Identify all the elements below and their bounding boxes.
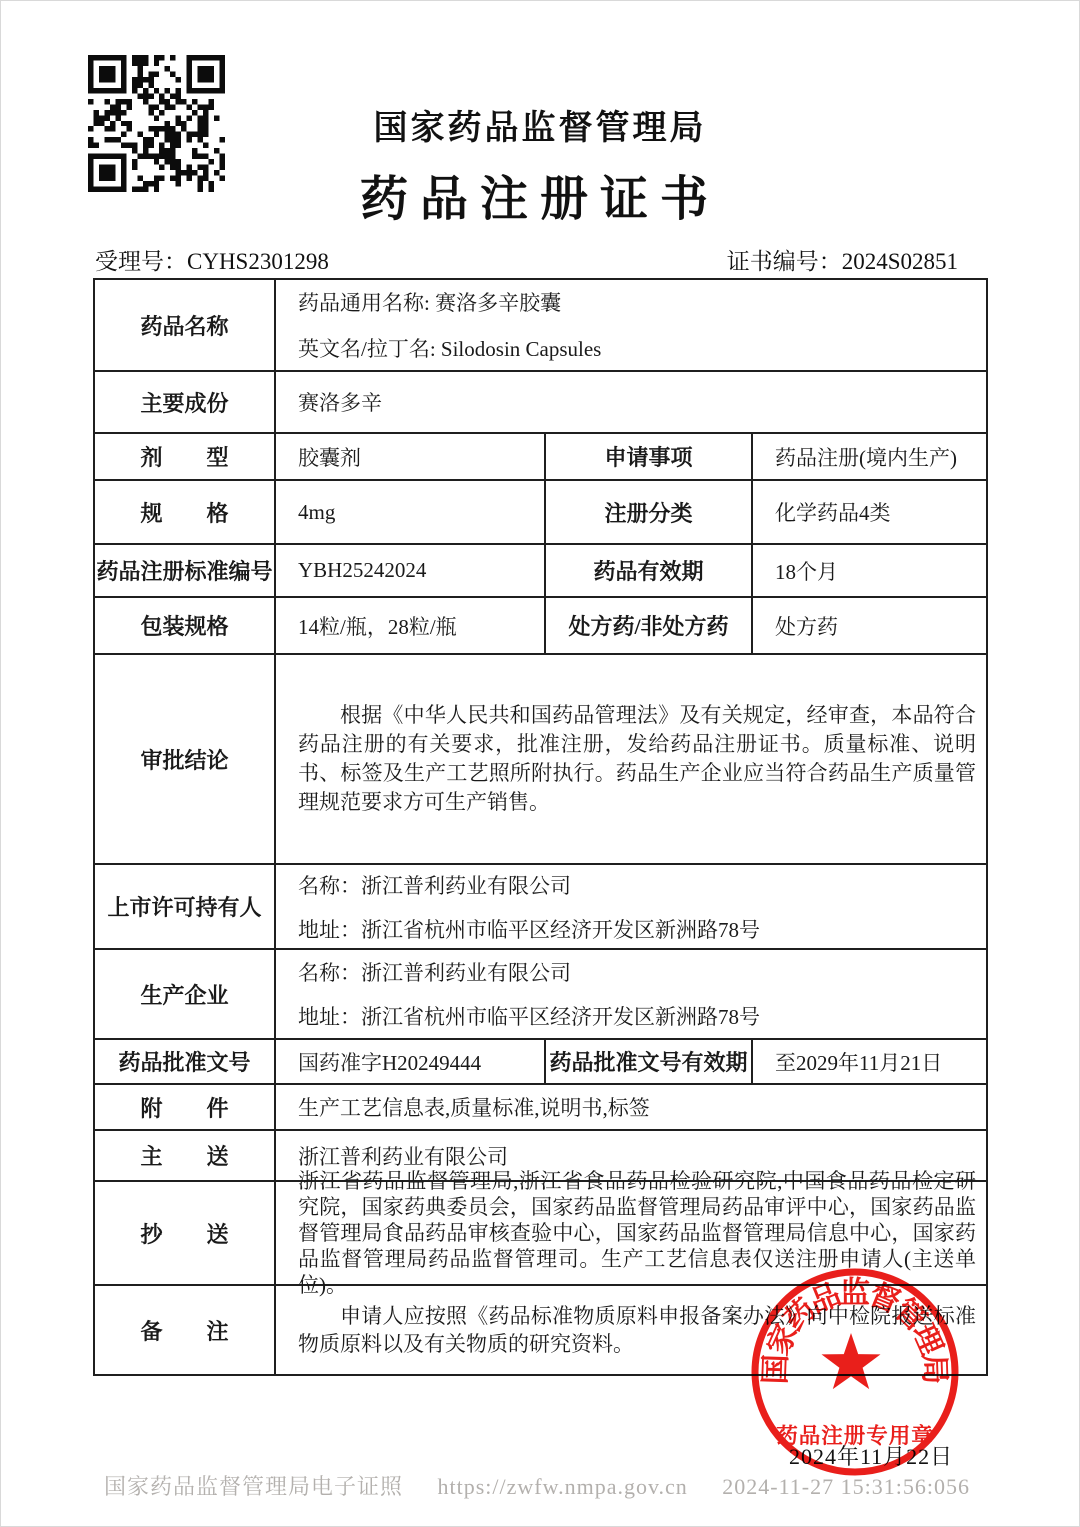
holder-label: 上市许可持有人 — [95, 865, 276, 948]
main-ingredient-label: 主要成份 — [95, 372, 276, 432]
holder-value: 名称：浙江普利药业有限公司 地址：浙江省杭州市临平区经济开发区新洲路78号 — [276, 865, 986, 948]
agency-title: 国家药品监督管理局 — [0, 100, 1080, 149]
main-send-label: 主 送 — [95, 1131, 276, 1180]
page-title: 药品注册证书 — [0, 160, 1080, 229]
remarks-label: 备 注 — [95, 1286, 276, 1374]
specification-value: 4mg — [276, 481, 546, 543]
certificate-number: 证书编号：2024S02851 — [727, 243, 958, 276]
rx-otc-value: 处方药 — [753, 598, 986, 653]
official-seal-stamp: 国家药品监督管理局 药品注册专用章 — [735, 1252, 975, 1492]
footer-issuer: 国家药品监督管理局电子证照 — [104, 1474, 403, 1499]
drug-generic-name: 药品通用名称: 赛洛多辛胶囊 — [298, 287, 976, 317]
drug-name-label: 药品名称 — [95, 280, 276, 370]
validity-label: 药品有效期 — [546, 545, 753, 596]
approval-validity-value: 至2029年11月21日 — [753, 1040, 986, 1083]
registration-class-value: 化学药品4类 — [753, 481, 986, 543]
seal-star-icon — [822, 1333, 881, 1389]
package-spec-value: 14粒/瓶，28粒/瓶 — [276, 598, 546, 653]
drug-english-name: 英文名/拉丁名: Silodosin Capsules — [298, 333, 976, 363]
application-item-label: 申请事项 — [546, 434, 753, 479]
manufacturer-name: 名称：浙江普利药业有限公司 — [298, 957, 976, 987]
table-row-drug-name: 药品名称 药品通用名称: 赛洛多辛胶囊 英文名/拉丁名: Silodosin C… — [95, 280, 986, 372]
attachments-value: 生产工艺信息表,质量标准,说明书,标签 — [276, 1085, 986, 1129]
standard-no-value: YBH25242024 — [276, 545, 546, 596]
certificate-number-label: 证书编号： — [727, 249, 842, 274]
table-row-manufacturer: 生产企业 名称：浙江普利药业有限公司 地址：浙江省杭州市临平区经济开发区新洲路7… — [95, 950, 986, 1040]
manufacturer-label: 生产企业 — [95, 950, 276, 1038]
footer-url: https://zwfw.nmpa.gov.cn — [438, 1474, 688, 1499]
table-row-package-spec: 包装规格 14粒/瓶，28粒/瓶 处方药/非处方药 处方药 — [95, 598, 986, 655]
certificate-table: 药品名称 药品通用名称: 赛洛多辛胶囊 英文名/拉丁名: Silodosin C… — [93, 278, 988, 1376]
table-row-attachments: 附 件 生产工艺信息表,质量标准,说明书,标签 — [95, 1085, 986, 1131]
table-row-standard-no: 药品注册标准编号 YBH25242024 药品有效期 18个月 — [95, 545, 986, 598]
approval-validity-label: 药品批准文号有效期 — [546, 1040, 753, 1083]
acceptance-number: 受理号：CYHS2301298 — [95, 243, 329, 276]
dosage-form-value: 胶囊剂 — [276, 434, 546, 479]
manufacturer-address: 地址：浙江省杭州市临平区经济开发区新洲路78号 — [298, 1001, 976, 1031]
holder-name: 名称：浙江普利药业有限公司 — [298, 870, 976, 900]
validity-value: 18个月 — [753, 545, 986, 596]
conclusion-value: 根据《中华人民共和国药品管理法》及有关规定，经审查，本品符合药品注册的有关要求，… — [276, 655, 986, 863]
certificate-number-value: 2024S02851 — [842, 249, 958, 274]
manufacturer-value: 名称：浙江普利药业有限公司 地址：浙江省杭州市临平区经济开发区新洲路78号 — [276, 950, 986, 1038]
holder-address: 地址：浙江省杭州市临平区经济开发区新洲路78号 — [298, 914, 976, 944]
rx-otc-label: 处方药/非处方药 — [546, 598, 753, 653]
seal-caption: 药品注册专用章 — [776, 1423, 934, 1448]
conclusion-text: 根据《中华人民共和国药品管理法》及有关规定，经审查，本品符合药品注册的有关要求，… — [298, 701, 976, 817]
conclusion-label: 审批结论 — [95, 655, 276, 863]
table-row-approval-no: 药品批准文号 国药准字H20249444 药品批准文号有效期 至2029年11月… — [95, 1040, 986, 1085]
table-row-holder: 上市许可持有人 名称：浙江普利药业有限公司 地址：浙江省杭州市临平区经济开发区新… — [95, 865, 986, 950]
approval-no-value: 国药准字H20249444 — [276, 1040, 546, 1083]
registration-class-label: 注册分类 — [546, 481, 753, 543]
reference-line: 受理号：CYHS2301298 证书编号：2024S02851 — [95, 243, 958, 276]
table-row-main-ingredient: 主要成份 赛洛多辛 — [95, 372, 986, 434]
package-spec-label: 包装规格 — [95, 598, 276, 653]
dosage-form-label: 剂 型 — [95, 434, 276, 479]
copy-send-label: 抄 送 — [95, 1182, 276, 1284]
application-item-value: 药品注册(境内生产) — [753, 434, 986, 479]
table-row-dosage-form: 剂 型 胶囊剂 申请事项 药品注册(境内生产) — [95, 434, 986, 481]
drug-name-value: 药品通用名称: 赛洛多辛胶囊 英文名/拉丁名: Silodosin Capsul… — [276, 280, 986, 370]
acceptance-number-value: CYHS2301298 — [187, 249, 329, 274]
acceptance-number-label: 受理号： — [95, 249, 187, 274]
table-row-conclusion: 审批结论 根据《中华人民共和国药品管理法》及有关规定，经审查，本品符合药品注册的… — [95, 655, 986, 865]
main-ingredient-value: 赛洛多辛 — [276, 372, 986, 432]
attachments-label: 附 件 — [95, 1085, 276, 1129]
approval-no-label: 药品批准文号 — [95, 1040, 276, 1083]
table-row-specification: 规 格 4mg 注册分类 化学药品4类 — [95, 481, 986, 545]
specification-label: 规 格 — [95, 481, 276, 543]
svg-text:局: 局 — [917, 1354, 951, 1385]
standard-no-label: 药品注册标准编号 — [95, 545, 276, 596]
